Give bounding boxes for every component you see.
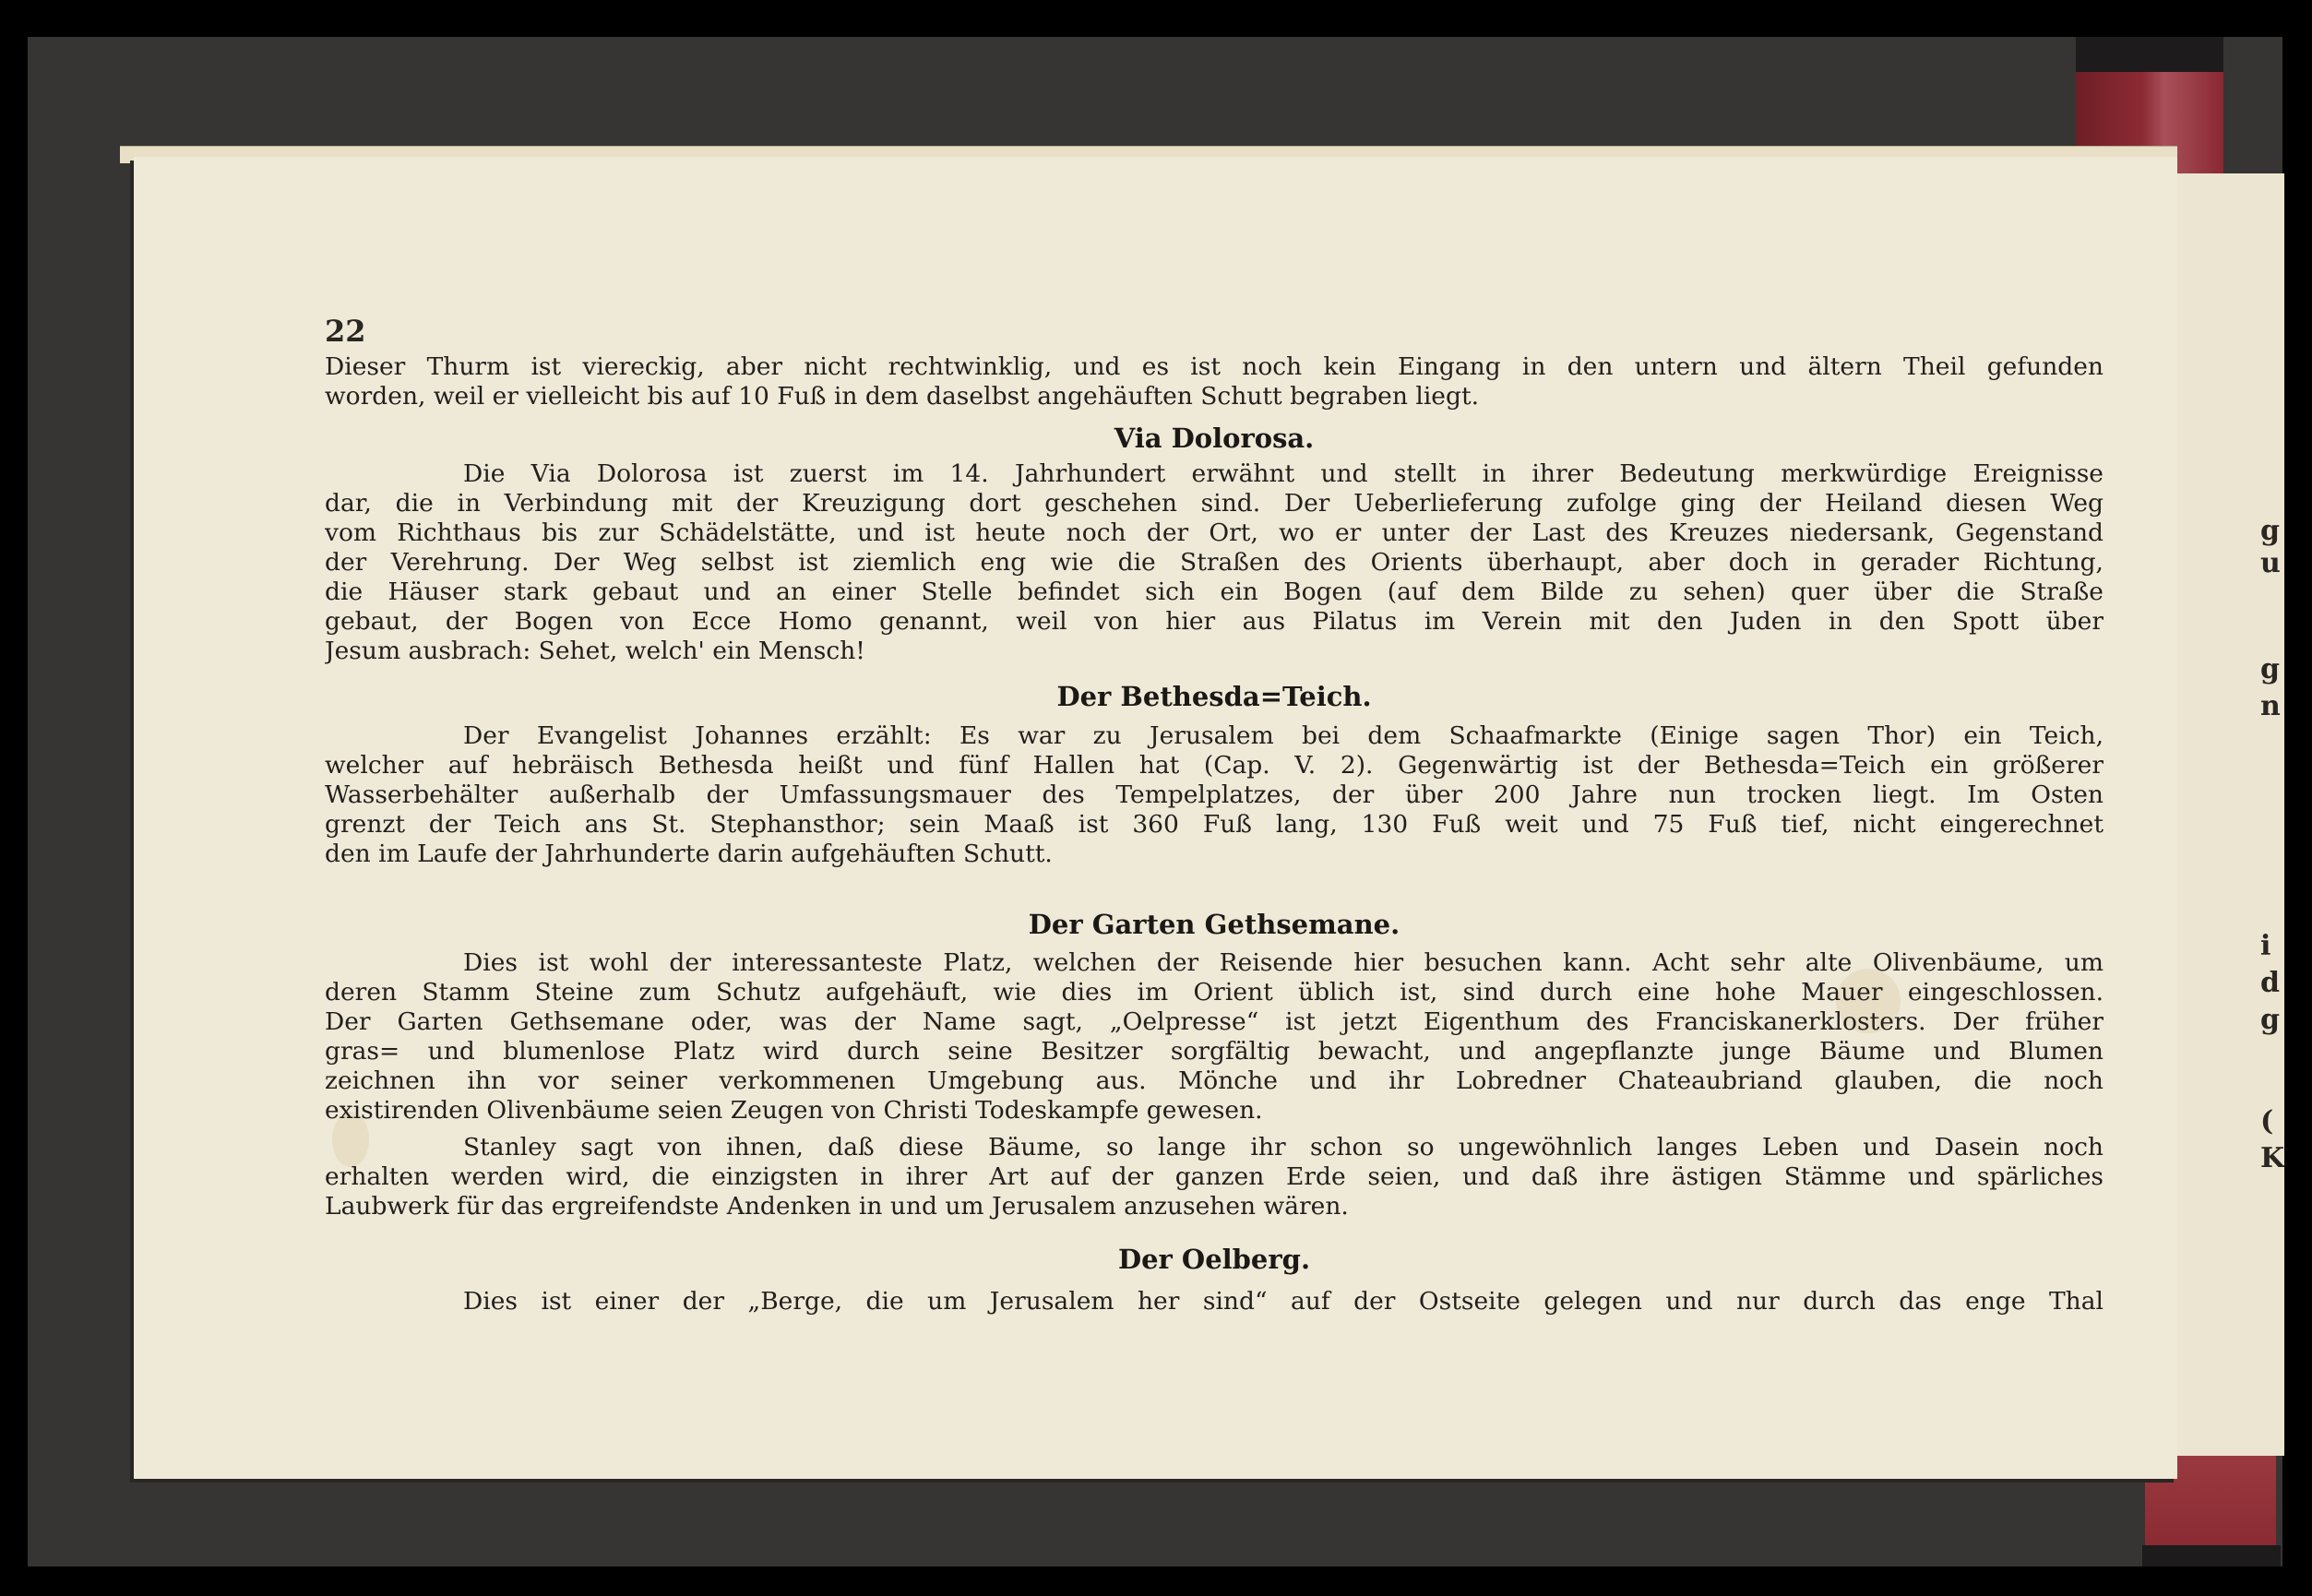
text-line: zeichnen ihn vor seiner verkommenen Umge… [325, 1066, 2103, 1095]
text-line: der Verehrung. Der Weg selbst ist ziemli… [325, 548, 2103, 577]
text-line: Dieser Thurm ist viereckig, aber nicht r… [325, 352, 2103, 381]
text-line: erhalten werden wird, die einzigsten in … [325, 1162, 2103, 1191]
section-heading-gethsemane: Der Garten Gethsemane. [325, 909, 2103, 940]
next-page-fragment: i [2260, 930, 2270, 962]
text-line: Wasserbehälter außerhalb der Umfassungsm… [325, 780, 2103, 809]
next-page-fragment: u [2260, 547, 2281, 579]
text-line: worden, weil er vielleicht bis auf 10 Fu… [325, 382, 2103, 411]
text-line: Dies ist wohl der interessanteste Platz,… [325, 948, 2103, 977]
text-line: Dies ist einer der „Berge, die um Jerusa… [325, 1287, 2103, 1316]
page-number: 22 [325, 314, 366, 349]
section-heading-oelberg: Der Oelberg. [325, 1244, 2103, 1275]
text-line: Der Garten Gethsemane oder, was der Name… [325, 1007, 2103, 1036]
book-cover-edge-top [2076, 37, 2223, 74]
text-line: deren Stamm Steine zum Schutz aufgehäuft… [325, 978, 2103, 1006]
section-heading-bethesda: Der Bethesda=Teich. [325, 681, 2103, 712]
text-line: die Häuser stark gebaut und an einer Ste… [325, 578, 2103, 606]
text-line: gras= und blumenlose Platz wird durch se… [325, 1037, 2103, 1066]
section-heading-via-dolorosa: Via Dolorosa. [325, 423, 2103, 454]
book-cover-edge-bottom [2142, 1545, 2281, 1566]
text-line: vom Richthaus bis zur Schädelstätte, und… [325, 518, 2103, 547]
next-page-fragment: g [2260, 515, 2280, 547]
next-page-fragment: K [2260, 1142, 2284, 1174]
next-page-fragment: ( [2260, 1105, 2273, 1137]
text-line: den im Laufe der Jahrhunderte darin aufg… [325, 840, 2103, 868]
text-line: dar, die in Verbindung mit der Kreuzigun… [325, 489, 2103, 518]
text-line: gebaut, der Bogen von Ecce Homo genannt,… [325, 607, 2103, 636]
text-line: grenzt der Teich ans St. Stephansthor; s… [325, 810, 2103, 839]
text-line: Die Via Dolorosa ist zuerst im 14. Jahrh… [325, 459, 2103, 488]
next-page-fragment: g [2260, 653, 2280, 685]
text-line: welcher auf hebräisch Bethesda heißt und… [325, 751, 2103, 780]
next-page-fragment: g [2260, 1004, 2280, 1036]
next-page-edge: g u g n i d g ( K [2174, 173, 2284, 1456]
next-page-fragment: d [2260, 967, 2280, 999]
text-line: Jesum ausbrach: Sehet, welch' ein Mensch… [325, 637, 2103, 665]
text-line: Der Evangelist Johannes erzählt: Es war … [325, 721, 2103, 750]
text-line: Stanley sagt von ihnen, daß diese Bäume,… [325, 1133, 2103, 1161]
text-line: Laubwerk für das ergreifendste Andenken … [325, 1192, 2103, 1221]
text-line: existirenden Olivenbäume seien Zeugen vo… [325, 1096, 2103, 1125]
next-page-fragment: n [2260, 690, 2281, 722]
